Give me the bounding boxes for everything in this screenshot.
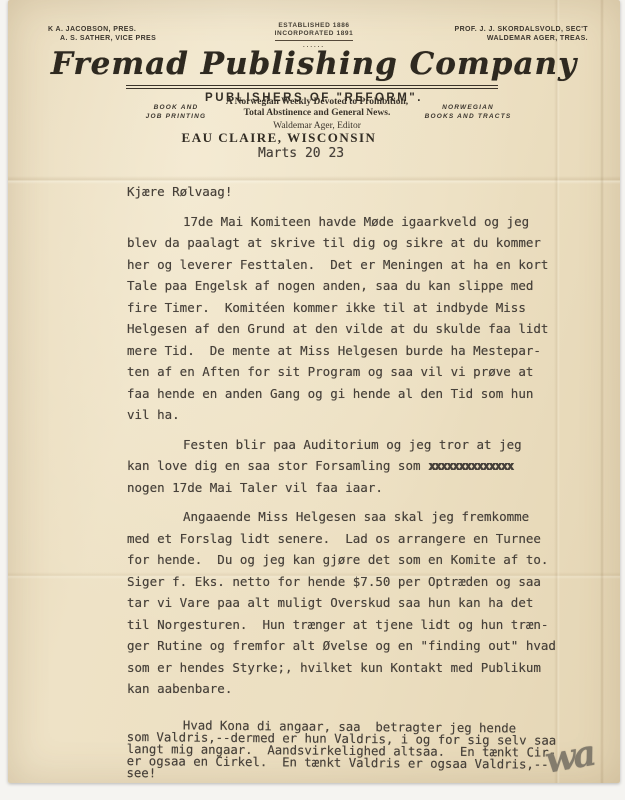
- typed-line: nogen 17de Mai Taler vil faa iaar.: [127, 477, 556, 499]
- date-line: Marts 20 23: [258, 146, 344, 161]
- service-right-line1: NORWEGIAN: [388, 104, 548, 113]
- typed-line: Siger f. Eks. netto for hende $7.50 per …: [127, 571, 556, 593]
- typed-line: fire Timer. Komitéen kommer ikke til at …: [127, 297, 556, 319]
- officers-right: PROF. J. J. SKORDALSVOLD, SEC'T WALDEMAR…: [455, 26, 588, 43]
- typed-line: til Norgesturen. Hun trænger at tjene li…: [127, 614, 556, 636]
- service-right-label: NORWEGIAN BOOKS AND TRACTS: [388, 104, 548, 121]
- secretary-line: PROF. J. J. SKORDALSVOLD, SEC'T: [455, 26, 588, 35]
- typed-line: mere Tid. De mente at Miss Helgesen burd…: [127, 340, 556, 362]
- handwritten-initials: wa: [542, 732, 597, 782]
- incorporated-line: INCORPORATED 1891: [275, 30, 354, 38]
- service-right-line2: BOOKS AND TRACTS: [388, 113, 548, 122]
- typed-line: som er hendes Styrke;, hvilket kun Konta…: [127, 657, 556, 679]
- treasurer-line: WALDEMAR AGER, TREAS.: [455, 35, 588, 44]
- company-name: Fremad Publishing Company: [8, 46, 620, 82]
- typed-line: ten af en Aften for sit Program og saa v…: [127, 361, 556, 383]
- typed-line: faa hende en anden Gang og gi hende al d…: [127, 383, 556, 405]
- paragraph-3: Angaaende Miss Helgesen saa skal jeg fre…: [127, 506, 556, 700]
- established-line: ESTABLISHED 1886: [275, 22, 354, 30]
- vertical-fold-crease: [600, 0, 604, 783]
- typed-text: kan love dig en saa stor Forsamling som: [127, 458, 428, 473]
- typed-line: er ogsaa en Cirkel. En tænkt Valdris er …: [127, 754, 556, 770]
- paragraph-4: Hvad Kona di angaar, saa betragter jeg h…: [126, 719, 556, 783]
- letter-paper: K A. JACOBSON, PRES. A. S. SATHER, VICE …: [8, 0, 620, 783]
- letterhead-double-rule: [126, 85, 498, 89]
- typed-line: Helgesen af den Grund at den vilde at du…: [127, 318, 556, 340]
- typed-line: Tale paa Engelsk af nogen anden, saa du …: [127, 275, 556, 297]
- typed-strikeout: xxxxxxxxxxxxxx: [428, 458, 512, 473]
- paragraph-2: Festen blir paa Auditorium og jeg tror a…: [127, 434, 556, 499]
- city-line: EAU CLAIRE, WISCONSIN: [8, 130, 550, 146]
- letter-body: Kjære Rølvaag! 17de Mai Komiteen havde M…: [127, 181, 556, 779]
- typed-line: Angaaende Miss Helgesen saa skal jeg fre…: [127, 506, 556, 528]
- typed-line-with-strikeout: kan love dig en saa stor Forsamling som …: [127, 455, 556, 477]
- established-rule: [275, 40, 354, 41]
- typed-line: 17de Mai Komiteen havde Møde igaarkveld …: [127, 211, 556, 233]
- typed-line: Festen blir paa Auditorium og jeg tror a…: [127, 434, 556, 456]
- typed-line: her og leverer Festtalen. Det er Meninge…: [127, 254, 556, 276]
- typed-line: kan aabenbare.: [127, 678, 556, 700]
- typed-line: for hende. Du og jeg kan gjøre det som e…: [127, 549, 556, 571]
- typed-line: tar vi Vare paa alt muligt Overskud saa …: [127, 592, 556, 614]
- typed-line: vil ha.: [127, 404, 556, 426]
- paragraph-1: 17de Mai Komiteen havde Møde igaarkveld …: [127, 211, 556, 426]
- typed-line: ger Rutine og fremfor alt Øvelse og en "…: [127, 635, 556, 657]
- typed-line: blev da paalagt at skrive til dig og sik…: [127, 232, 556, 254]
- salutation: Kjære Rølvaag!: [127, 181, 556, 203]
- typed-line: med et Forslag lidt senere. Lad os arran…: [127, 528, 556, 550]
